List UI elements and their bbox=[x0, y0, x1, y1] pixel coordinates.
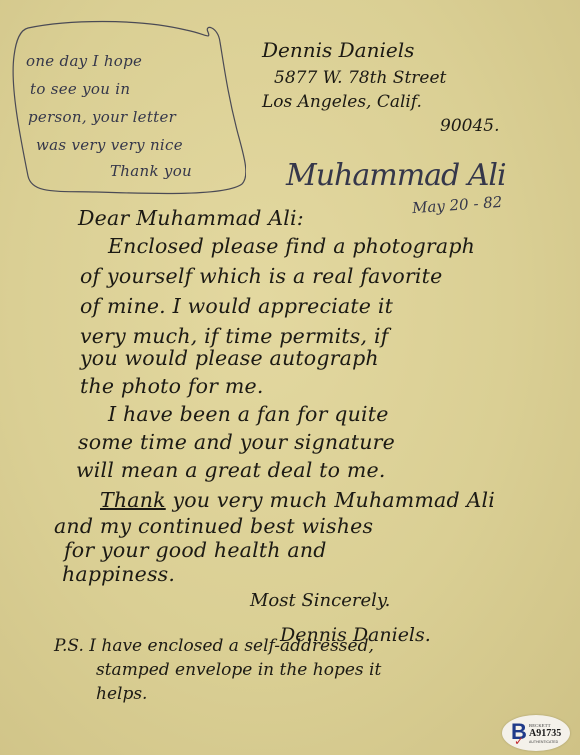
body-line-10: Thank you very much Muhammad Ali bbox=[100, 488, 495, 512]
body-line-8: some time and your signature bbox=[78, 430, 395, 454]
autograph-date: May 20 - 82 bbox=[411, 193, 502, 217]
body-line-12: for your good health and bbox=[64, 538, 327, 562]
ps-line-3: helps. bbox=[96, 684, 147, 704]
note-line-1: one day I hope bbox=[26, 52, 142, 70]
note-line-5: Thank you bbox=[110, 162, 192, 180]
ps-line-2: stamped envelope in the hopes it bbox=[96, 660, 381, 680]
ali-signature: Muhammad Ali bbox=[286, 158, 506, 193]
sender-zip: 90045. bbox=[440, 116, 499, 136]
body-line-10-rest: you very much Muhammad Ali bbox=[166, 488, 495, 512]
body-line-4: very much, if time permits, if bbox=[80, 324, 389, 348]
body-line-6: the photo for me. bbox=[80, 374, 264, 398]
body-line-11: and my continued best wishes bbox=[54, 514, 373, 538]
letter-page: one day I hope to see you in person, you… bbox=[0, 0, 580, 755]
sender-city: Los Angeles, Calif. bbox=[262, 92, 422, 112]
body-line-1: Enclosed please find a photograph bbox=[108, 234, 475, 258]
sender-street: 5877 W. 78th Street bbox=[274, 68, 446, 88]
note-line-3: person, your letter bbox=[28, 108, 176, 126]
body-line-9: will mean a great deal to me. bbox=[76, 458, 386, 482]
note-line-2: to see you in bbox=[30, 80, 130, 98]
underlined-thank: Thank bbox=[100, 488, 166, 512]
checkmark-icon: ✓ bbox=[514, 734, 524, 748]
body-line-13: happiness. bbox=[62, 562, 175, 586]
body-line-3: of mine. I would appreciate it bbox=[80, 294, 393, 318]
body-line-7: I have been a fan for quite bbox=[108, 402, 389, 426]
body-line-2: of yourself which is a real favorite bbox=[80, 264, 442, 288]
sticker-label: AUTHENTICATED bbox=[529, 740, 558, 744]
sender-name: Dennis Daniels bbox=[262, 38, 414, 62]
body-line-5: you would please autograph bbox=[80, 346, 379, 370]
certificate-id: A91735 bbox=[529, 728, 561, 739]
note-line-4: was very very nice bbox=[36, 136, 183, 154]
handwritten-note-bubble: one day I hope to see you in person, you… bbox=[6, 16, 234, 194]
ps-line-1: P.S. I have enclosed a self-addressed, bbox=[54, 636, 374, 656]
beckett-authentication-sticker: B ✓ BECKETT A91735 AUTHENTICATED bbox=[502, 715, 570, 751]
salutation: Dear Muhammad Ali: bbox=[78, 206, 304, 230]
closing: Most Sincerely. bbox=[250, 590, 390, 611]
